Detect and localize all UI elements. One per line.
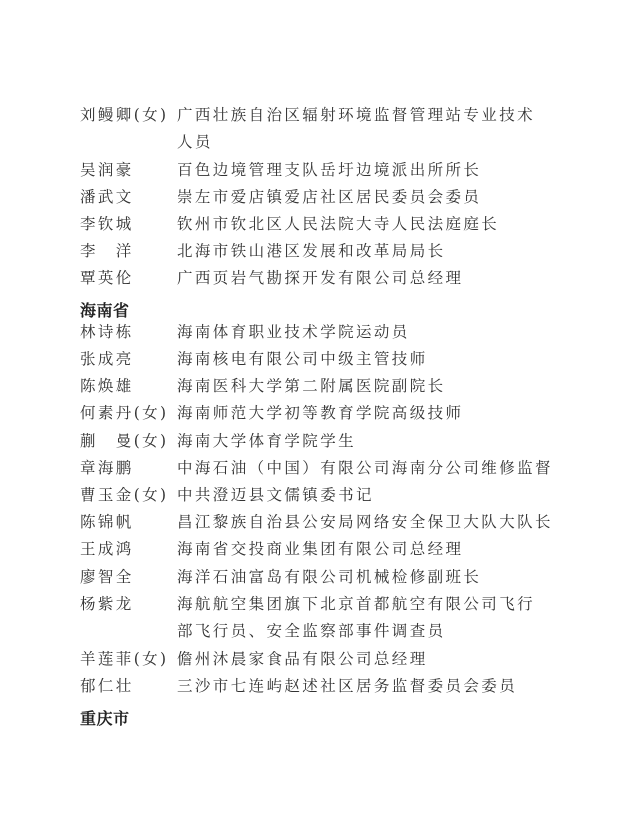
person-name: 蒯 曼(女) [80,428,177,455]
person-title: 崇左市爱店镇爱店社区居民委员会委员 [177,184,481,211]
person-title-continued: 部飞行员、安全监察部事件调查员 [177,618,446,645]
person-name: 廖智全 [80,564,177,591]
person-title: 昌江黎族自治县公安局网络安全保卫大队大队长 [177,509,553,536]
person-title: 海南核电有限公司中级主管技师 [177,346,428,373]
person-name: 刘鳗卿(女) [80,102,177,129]
person-name: 林诗栋 [80,319,177,346]
person-name: 吴润豪 [80,157,177,184]
person-title: 儋州沐晨家食品有限公司总经理 [177,646,428,673]
person-title: 海南医科大学第二附属医院副院长 [177,373,446,400]
person-title: 百色边境管理支队岳圩边境派出所所长 [177,157,481,184]
person-name: 郁仁壮 [80,673,177,700]
person-name: 陈焕雄 [80,373,177,400]
person-title: 北海市铁山港区发展和改革局局长 [177,238,446,265]
person-title: 中海石油（中国）有限公司海南分公司维修监督 [177,455,553,482]
person-name: 覃英伦 [80,265,177,292]
person-title: 三沙市七连屿赵述社区居务监督委员会委员 [177,673,517,700]
person-title: 钦州市钦北区人民法院大寺人民法庭庭长 [177,211,499,238]
person-name: 李钦城 [80,211,177,238]
person-name: 潘武文 [80,184,177,211]
person-title: 海航航空集团旗下北京首都航空有限公司飞行 [177,591,535,618]
person-title: 海南体育职业技术学院运动员 [177,319,410,346]
person-name: 王成鸿 [80,536,177,563]
person-title: 海洋石油富岛有限公司机械检修副班长 [177,564,481,591]
section-heading-chongqing: 重庆市 [80,705,130,732]
person-name: 李 洋 [80,238,177,265]
person-title: 广西壮族自治区辐射环境监督管理站专业技术 [177,102,535,129]
person-title: 海南大学体育学院学生 [177,428,356,455]
person-title: 中共澄迈县文儒镇委书记 [177,482,374,509]
person-name: 章海鹏 [80,455,177,482]
person-name: 何素丹(女) [80,400,177,427]
document-page: 刘鳗卿(女) 广西壮族自治区辐射环境监督管理站专业技术 人员 吴润豪 百色边境管… [0,0,640,828]
person-title: 海南省交投商业集团有限公司总经理 [177,536,463,563]
person-name: 张成亮 [80,346,177,373]
person-name: 羊莲菲(女) [80,646,177,673]
person-name: 曹玉金(女) [80,482,177,509]
person-title: 海南师范大学初等教育学院高级技师 [177,400,463,427]
person-name: 杨紫龙 [80,591,177,618]
person-name: 陈锦帆 [80,509,177,536]
person-title-continued: 人员 [177,129,213,156]
person-title: 广西页岩气勘探开发有限公司总经理 [177,265,463,292]
